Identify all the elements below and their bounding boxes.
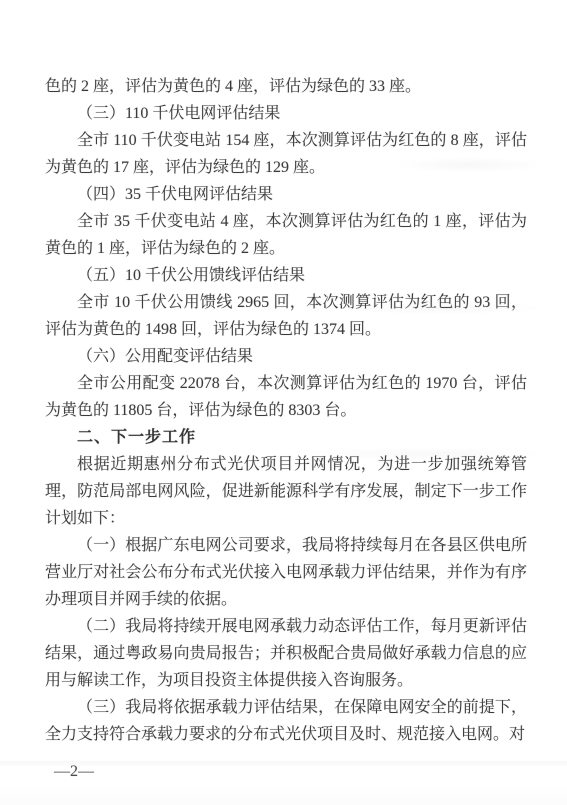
paragraph: 全市 110 千伏变电站 154 座，本次测算评估为红色的 8 座，评估为黄色的… xyxy=(45,127,527,181)
paragraph: （二）我局将持续开展电网承载力动态评估工作，每月更新评估结果，通过粤政易向贵局报… xyxy=(45,613,527,694)
subsection-heading: （五）10 千伏公用馈线评估结果 xyxy=(45,262,527,289)
section-heading: 二、下一步工作 xyxy=(45,424,527,451)
paragraph: （三）我局将依据承载力评估结果，在保障电网安全的前提下，全力支持符合承载力要求的… xyxy=(45,694,527,748)
subsection-heading: （三）110 千伏电网评估结果 xyxy=(45,100,527,127)
document-body: 色的 2 座，评估为黄色的 4 座，评估为绿色的 33 座。（三）110 千伏电… xyxy=(45,73,527,748)
paragraph: 色的 2 座，评估为黄色的 4 座，评估为绿色的 33 座。 xyxy=(45,73,527,100)
paragraph: 全市 35 千伏变电站 4 座，本次测算评估为红色的 1 座，评估为黄色的 1 … xyxy=(45,208,527,262)
paragraph: 全市 10 千伏公用馈线 2965 回，本次测算评估为红色的 93 回，评估为黄… xyxy=(45,289,527,343)
page-number: —2— xyxy=(54,760,94,784)
subsection-heading: （四）35 千伏电网评估结果 xyxy=(45,181,527,208)
document-page: 色的 2 座，评估为黄色的 4 座，评估为绿色的 33 座。（三）110 千伏电… xyxy=(0,0,567,805)
subsection-heading: （六）公用配变评估结果 xyxy=(45,343,527,370)
paragraph: 根据近期惠州分布式光伏项目并网情况，为进一步加强统筹管理，防范局部电网风险，促进… xyxy=(45,451,527,532)
paragraph: （一）根据广东电网公司要求，我局将持续每月在各县区供电所营业厅对社会公布分布式光… xyxy=(45,532,527,613)
paragraph: 全市公用配变 22078 台，本次测算评估为红色的 1970 台，评估为黄色的 … xyxy=(45,370,527,424)
scan-artifact xyxy=(0,787,567,805)
